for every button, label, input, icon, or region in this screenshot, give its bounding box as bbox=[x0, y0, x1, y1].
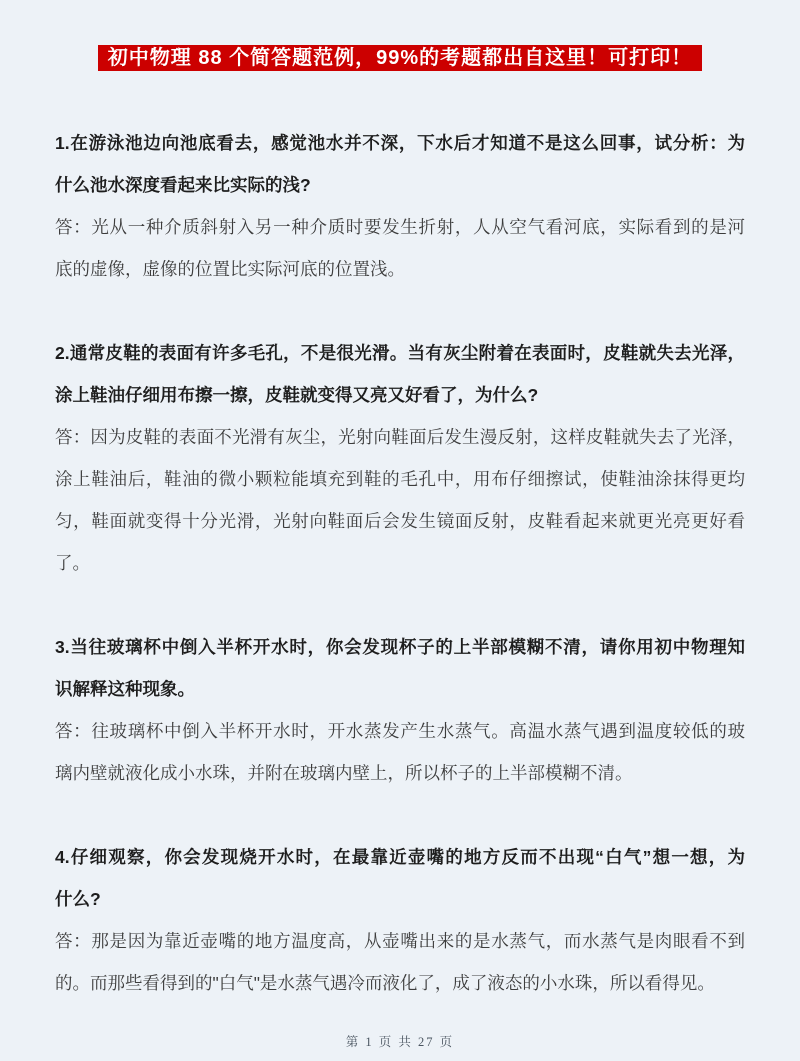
question-line: 1.在游泳池边向池底看去，感觉池水并不深，下水后才知道不是这么回事，试分析：为 bbox=[55, 122, 745, 164]
answer-line: 涂上鞋油后，鞋油的微小颗粒能填充到鞋的毛孔中，用布仔细擦试，使鞋油涂抹得更均 bbox=[55, 458, 745, 500]
answer-line: 的。而那些看得到的"白气"是水蒸气遇冷而液化了，成了液态的小水珠，所以看得见。 bbox=[55, 962, 745, 1004]
answer-line: 匀，鞋面就变得十分光滑，光射向鞋面后会发生镜面反射，皮鞋看起来就更光亮更好看 bbox=[55, 500, 745, 542]
answer-line: 答：那是因为靠近壶嘴的地方温度高，从壶嘴出来的是水蒸气，而水蒸气是肉眼看不到 bbox=[55, 920, 745, 962]
document-page: 初中物理 88 个简答题范例，99%的考题都出自这里！可打印！ 1.在游泳池边向… bbox=[0, 0, 800, 1050]
qa-block: 2.通常皮鞋的表面有许多毛孔，不是很光滑。当有灰尘附着在表面时，皮鞋就失去光泽，… bbox=[55, 332, 745, 584]
qa-content: 1.在游泳池边向池底看去，感觉池水并不深，下水后才知道不是这么回事，试分析：为什… bbox=[0, 122, 800, 1004]
page-footer: 第 1 页 共 27 页 bbox=[0, 1032, 800, 1050]
page-title: 初中物理 88 个简答题范例，99%的考题都出自这里！可打印！ bbox=[98, 45, 702, 71]
question-line: 2.通常皮鞋的表面有许多毛孔，不是很光滑。当有灰尘附着在表面时，皮鞋就失去光泽， bbox=[55, 332, 745, 374]
qa-block: 1.在游泳池边向池底看去，感觉池水并不深，下水后才知道不是这么回事，试分析：为什… bbox=[55, 122, 745, 290]
question-line: 识解释这种现象。 bbox=[55, 668, 745, 710]
qa-block: 4.仔细观察，你会发现烧开水时，在最靠近壶嘴的地方反而不出现“白气”想一想，为什… bbox=[55, 836, 745, 1004]
question-line: 涂上鞋油仔细用布擦一擦，皮鞋就变得又亮又好看了，为什么? bbox=[55, 374, 745, 416]
answer-line: 答：光从一种介质斜射入另一种介质时要发生折射，人从空气看河底，实际看到的是河 bbox=[55, 206, 745, 248]
qa-block: 3.当往玻璃杯中倒入半杯开水时，你会发现杯子的上半部模糊不清，请你用初中物理知识… bbox=[55, 626, 745, 794]
answer-line: 答：往玻璃杯中倒入半杯开水时，开水蒸发产生水蒸气。高温水蒸气遇到温度较低的玻 bbox=[55, 710, 745, 752]
answer-line: 了。 bbox=[55, 542, 745, 584]
answer-line: 答：因为皮鞋的表面不光滑有灰尘，光射向鞋面后发生漫反射，这样皮鞋就失去了光泽， bbox=[55, 416, 745, 458]
question-line: 什么池水深度看起来比实际的浅? bbox=[55, 164, 745, 206]
answer-line: 璃内壁就液化成小水珠，并附在玻璃内壁上，所以杯子的上半部模糊不清。 bbox=[55, 752, 745, 794]
question-line: 3.当往玻璃杯中倒入半杯开水时，你会发现杯子的上半部模糊不清，请你用初中物理知 bbox=[55, 626, 745, 668]
question-line: 4.仔细观察，你会发现烧开水时，在最靠近壶嘴的地方反而不出现“白气”想一想，为 bbox=[55, 836, 745, 878]
question-line: 什么? bbox=[55, 878, 745, 920]
title-banner-row: 初中物理 88 个简答题范例，99%的考题都出自这里！可打印！ bbox=[0, 0, 800, 71]
answer-line: 底的虚像，虚像的位置比实际河底的位置浅。 bbox=[55, 248, 745, 290]
